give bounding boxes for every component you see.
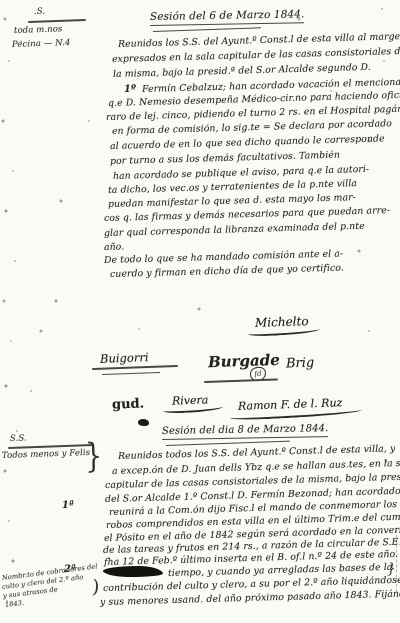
handwritten-line: glar qual corresponda la libranza examin… <box>104 222 365 239</box>
signature-buigorri-rubric2 <box>102 372 160 375</box>
signature-buigorri-rubric <box>92 365 178 370</box>
attendance-note: Todos menos y Felis <box>2 449 90 461</box>
margin-note-1: .S. <box>34 8 46 17</box>
margin-note-2: toda m.nos <box>14 25 63 35</box>
handwritten-line: la misma, bajo la presid.ª del S.or Alca… <box>113 63 371 79</box>
signature-burgade-underline <box>204 378 278 383</box>
handwritten-line: cuerdo y firman en dicho día de que yo c… <box>110 263 344 279</box>
session2-header-underline <box>166 441 290 446</box>
handwritten-line: año. <box>104 242 125 252</box>
clerk-stamp: gud. <box>112 396 145 412</box>
signature-buigorri: Buigorri <box>100 350 149 366</box>
margin-note-3: Pecina — N.4 <box>12 39 71 50</box>
attendance-brace: } <box>84 437 102 476</box>
session1-header: Sesión del 6 de Marzo 1844. <box>150 9 305 25</box>
signature-burgade: Burgade <box>208 351 280 371</box>
manuscript-page: Sesión del 6 de Marzo 1844. .S. toda m.n… <box>0 0 400 623</box>
attendance-label: S.S. <box>10 434 27 443</box>
handwritten-line: por turno a sus los demás facultativos. … <box>110 151 340 167</box>
handwritten-line: al acuerdo de en lo que sea dicho quando… <box>110 134 385 151</box>
session1-item-marker: 1º <box>124 85 136 95</box>
margin-note-1-underline <box>28 19 86 23</box>
signature-brig: Brig <box>286 356 315 372</box>
session2-header: Sesión del dia 8 de Marzo 1844. <box>162 424 329 440</box>
margin-note-brace: ) <box>91 576 100 598</box>
ink-blot <box>103 566 161 576</box>
margin-note-line: 1843. <box>5 600 25 609</box>
session1-header-underline <box>153 27 261 32</box>
ink-smudge <box>138 419 149 426</box>
session2-item-marker-1: 1ª <box>62 501 74 511</box>
